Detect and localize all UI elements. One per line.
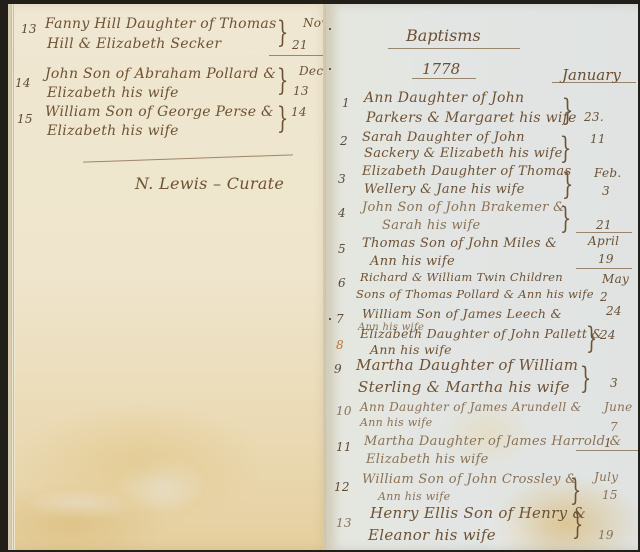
entry-line: Martha Daughter of James Harrold & xyxy=(364,434,622,449)
entry-line: Elizabeth Daughter of John Pallett & xyxy=(360,326,603,341)
entry-line: Elizabeth his wife xyxy=(366,452,489,467)
entry-day: 2 xyxy=(600,290,608,304)
entry-line: Elizabeth his wife xyxy=(47,85,179,101)
divider-rule xyxy=(576,232,632,233)
brace-mark: } xyxy=(277,18,288,48)
binding-hole xyxy=(329,28,331,30)
entry-line: Fanny Hill Daughter of Thomas xyxy=(45,16,277,32)
entry-month: June xyxy=(604,400,633,414)
entry-line: William Son of George Perse & xyxy=(45,104,274,120)
entry-number: 15 xyxy=(17,112,33,126)
entry-number: 9 xyxy=(334,362,342,376)
brace-mark: } xyxy=(277,66,288,96)
entry-day: 21 xyxy=(596,218,612,232)
left-page: 13 Fanny Hill Daughter of Thomas Hill & … xyxy=(8,4,329,550)
year-underline xyxy=(412,78,476,79)
entry-line: Sarah Daughter of John xyxy=(362,130,525,145)
entry-line: Ann his wife xyxy=(370,254,455,269)
brace-mark: } xyxy=(570,476,581,506)
brace-mark: } xyxy=(560,204,571,234)
entry-month: Feb. xyxy=(594,166,621,180)
entry-number: 5 xyxy=(338,242,346,256)
entry-line: Thomas Son of John Miles & xyxy=(362,236,557,251)
page-title: Baptisms xyxy=(406,26,481,45)
divider-rule xyxy=(576,450,638,451)
entry-line: Sarah his wife xyxy=(382,218,480,233)
entry-line: John Son of John Brakemer & xyxy=(362,200,565,215)
entry-number: 6 xyxy=(338,276,346,290)
entry-day: 1 xyxy=(604,436,612,450)
brace-mark: } xyxy=(586,324,597,354)
register-year: 1778 xyxy=(422,60,460,78)
entry-number: 12 xyxy=(334,480,350,494)
entry-day: 13 xyxy=(293,84,309,98)
entry-day: 23. xyxy=(584,110,604,124)
entry-line: John Son of Abraham Pollard & xyxy=(45,66,276,82)
title-underline xyxy=(388,48,520,49)
entry-line: William Son of John Crossley & xyxy=(362,472,577,487)
binding-hole xyxy=(329,318,331,320)
entry-line: Elizabeth his wife xyxy=(47,123,179,139)
entry-number: 13 xyxy=(336,516,352,530)
entry-line: Elizabeth Daughter of Thomas xyxy=(362,164,571,179)
entry-line: Ann his wife xyxy=(370,342,452,357)
entry-line: Henry Ellis Son of Henry & xyxy=(370,504,586,522)
entry-line: Wellery & Jane his wife xyxy=(364,182,525,197)
entry-line: Sackery & Elizabeth his wife xyxy=(364,146,563,161)
curate-signature: N. Lewis – Curate xyxy=(135,174,284,193)
entry-line: Parkers & Margaret his wife xyxy=(366,110,577,126)
entry-day: 19 xyxy=(598,528,614,542)
entry-number: 4 xyxy=(338,206,346,220)
divider-rule xyxy=(576,268,632,269)
entry-number: 13 xyxy=(21,22,37,36)
entry-number: 1 xyxy=(342,96,350,110)
entry-line: Sterling & Martha his wife xyxy=(358,378,570,396)
brace-mark: } xyxy=(580,364,591,394)
entry-line: Hill & Elizabeth Secker xyxy=(47,36,221,52)
entry-number: 11 xyxy=(336,440,352,454)
entry-number: 3 xyxy=(338,172,346,186)
entry-number: 8 xyxy=(336,338,344,352)
entry-line: Ann Daughter of John xyxy=(364,90,524,106)
entry-line: Ann his wife xyxy=(360,416,432,429)
brace-mark: } xyxy=(562,170,573,200)
entry-month: April xyxy=(588,234,619,248)
entry-month: July xyxy=(594,470,618,484)
entry-number: 2 xyxy=(340,134,348,148)
binding-hole xyxy=(329,68,331,70)
divider-rule xyxy=(269,55,327,56)
entry-month: May xyxy=(602,272,629,286)
entry-number: 10 xyxy=(336,404,352,418)
entry-number: 7 xyxy=(336,312,344,326)
month-underline xyxy=(552,82,636,83)
entry-day: 3 xyxy=(610,376,618,390)
entry-line: Ann his wife xyxy=(378,490,450,503)
entry-day: 21 xyxy=(292,38,308,52)
entry-day: 19 xyxy=(598,252,614,266)
entry-day: 3 xyxy=(602,184,610,198)
brace-mark: } xyxy=(277,104,288,134)
entry-day: 15 xyxy=(602,488,618,502)
brace-mark: } xyxy=(560,134,571,164)
entry-line: Sons of Thomas Pollard & Ann his wife xyxy=(356,287,594,301)
entry-line: William Son of James Leech & xyxy=(362,306,562,321)
entry-day: 24 xyxy=(606,304,622,318)
entry-day: 24 xyxy=(600,328,616,342)
brace-mark: } xyxy=(572,510,583,540)
brace-mark: } xyxy=(562,96,573,126)
open-register-book: 13 Fanny Hill Daughter of Thomas Hill & … xyxy=(0,0,640,552)
entry-line: Richard & William Twin Children xyxy=(360,270,563,284)
entry-line: Ann Daughter of James Arundell & xyxy=(360,400,582,414)
entry-number: 14 xyxy=(15,76,31,90)
entry-day: 7 xyxy=(610,420,618,434)
right-page: Baptisms 1778 January 1 Ann Daughter of … xyxy=(326,4,638,550)
entry-line: Martha Daughter of William xyxy=(356,356,578,374)
closing-rule xyxy=(83,154,293,162)
entry-day: 11 xyxy=(590,132,606,146)
entry-line: Eleanor his wife xyxy=(368,526,496,544)
entry-day: 14 xyxy=(291,105,307,119)
